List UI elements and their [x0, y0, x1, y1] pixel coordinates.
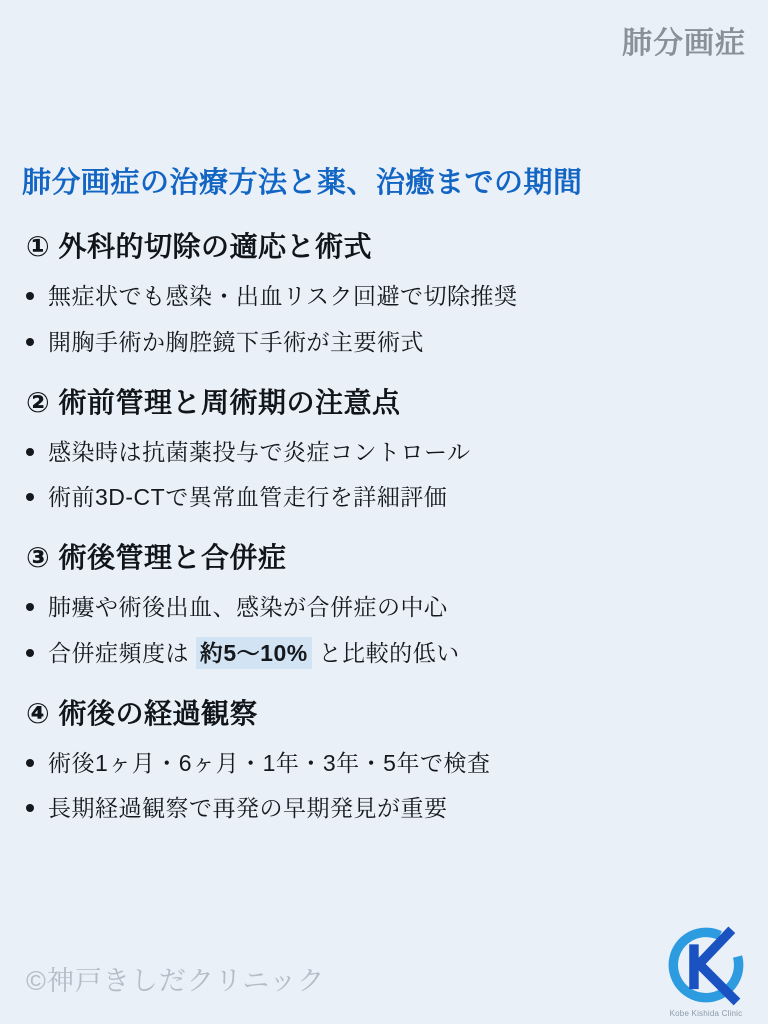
section: ④ 術後の経過観察 術後1ヶ月・6ヶ月・1年・3年・5年で検査長期経過観察で再発… [22, 692, 748, 824]
bullet-dot-icon [26, 493, 34, 501]
section-heading: ② 術前管理と周術期の注意点 [26, 381, 748, 421]
slide: 肺分画症 肺分画症の治療方法と薬、治癒までの期間 ① 外科的切除の適応と術式 無… [0, 0, 768, 1024]
section: ② 術前管理と周術期の注意点 感染時は抗菌薬投与で炎症コントロール術前3D-CT… [22, 381, 748, 513]
main-content: 肺分画症の治療方法と薬、治癒までの期間 ① 外科的切除の適応と術式 無症状でも感… [22, 160, 748, 823]
bullet-list: 肺瘻や術後出血、感染が合併症の中心合併症頻度は 約5〜10% と比較的低い [22, 593, 748, 668]
bullet-dot-icon [26, 448, 34, 456]
bullet-text: 術後1ヶ月・6ヶ月・1年・3年・5年で検査 [48, 749, 490, 778]
bullet-item: 術前3D-CTで異常血管走行を詳細評価 [22, 483, 748, 512]
page-title: 肺分画症の治療方法と薬、治癒までの期間 [22, 160, 748, 201]
section: ③ 術後管理と合併症 肺瘻や術後出血、感染が合併症の中心合併症頻度は 約5〜10… [22, 536, 748, 668]
bullet-item: 感染時は抗菌薬投与で炎症コントロール [22, 438, 748, 467]
bullet-text: 術前3D-CTで異常血管走行を詳細評価 [48, 483, 447, 512]
bullet-item: 術後1ヶ月・6ヶ月・1年・3年・5年で検査 [22, 749, 748, 778]
sections: ① 外科的切除の適応と術式 無症状でも感染・出血リスク回避で切除推奨開胸手術か胸… [22, 225, 748, 823]
section-heading: ① 外科的切除の適応と術式 [26, 225, 748, 265]
bullet-text: 感染時は抗菌薬投与で炎症コントロール [48, 438, 471, 467]
bullet-list: 感染時は抗菌薬投与で炎症コントロール術前3D-CTで異常血管走行を詳細評価 [22, 438, 748, 513]
section-heading: ④ 術後の経過観察 [26, 692, 748, 732]
clinic-logo: Kobe Kishida Clinic [654, 922, 758, 1018]
bullet-item: 長期経過観察で再発の早期発見が重要 [22, 794, 748, 823]
section: ① 外科的切除の適応と術式 無症状でも感染・出血リスク回避で切除推奨開胸手術か胸… [22, 225, 748, 357]
bullet-dot-icon [26, 759, 34, 767]
highlight-text: 約5〜10% [196, 637, 312, 669]
bullet-item: 肺瘻や術後出血、感染が合併症の中心 [22, 593, 748, 622]
footer-copyright: ©神戸きしだクリニック [26, 959, 325, 998]
bullet-dot-icon [26, 292, 34, 300]
bullet-text: 開胸手術か胸腔鏡下手術が主要術式 [48, 328, 424, 357]
bullet-list: 無症状でも感染・出血リスク回避で切除推奨開胸手術か胸腔鏡下手術が主要術式 [22, 282, 748, 357]
section-heading: ③ 術後管理と合併症 [26, 536, 748, 576]
clinic-logo-label: Kobe Kishida Clinic [654, 1009, 758, 1018]
bullet-text: 合併症頻度は 約5〜10% と比較的低い [48, 639, 460, 668]
bullet-item: 無症状でも感染・出血リスク回避で切除推奨 [22, 282, 748, 311]
clinic-logo-icon [663, 922, 749, 1008]
bullet-dot-icon [26, 649, 34, 657]
bullet-text: 長期経過観察で再発の早期発見が重要 [48, 794, 448, 823]
bullet-item: 開胸手術か胸腔鏡下手術が主要術式 [22, 328, 748, 357]
watermark-title: 肺分画症 [622, 18, 746, 62]
bullet-item: 合併症頻度は 約5〜10% と比較的低い [22, 639, 748, 668]
bullet-text: 肺瘻や術後出血、感染が合併症の中心 [48, 593, 448, 622]
bullet-list: 術後1ヶ月・6ヶ月・1年・3年・5年で検査長期経過観察で再発の早期発見が重要 [22, 749, 748, 824]
bullet-dot-icon [26, 338, 34, 346]
bullet-dot-icon [26, 603, 34, 611]
bullet-dot-icon [26, 804, 34, 812]
bullet-text: 無症状でも感染・出血リスク回避で切除推奨 [48, 282, 518, 311]
